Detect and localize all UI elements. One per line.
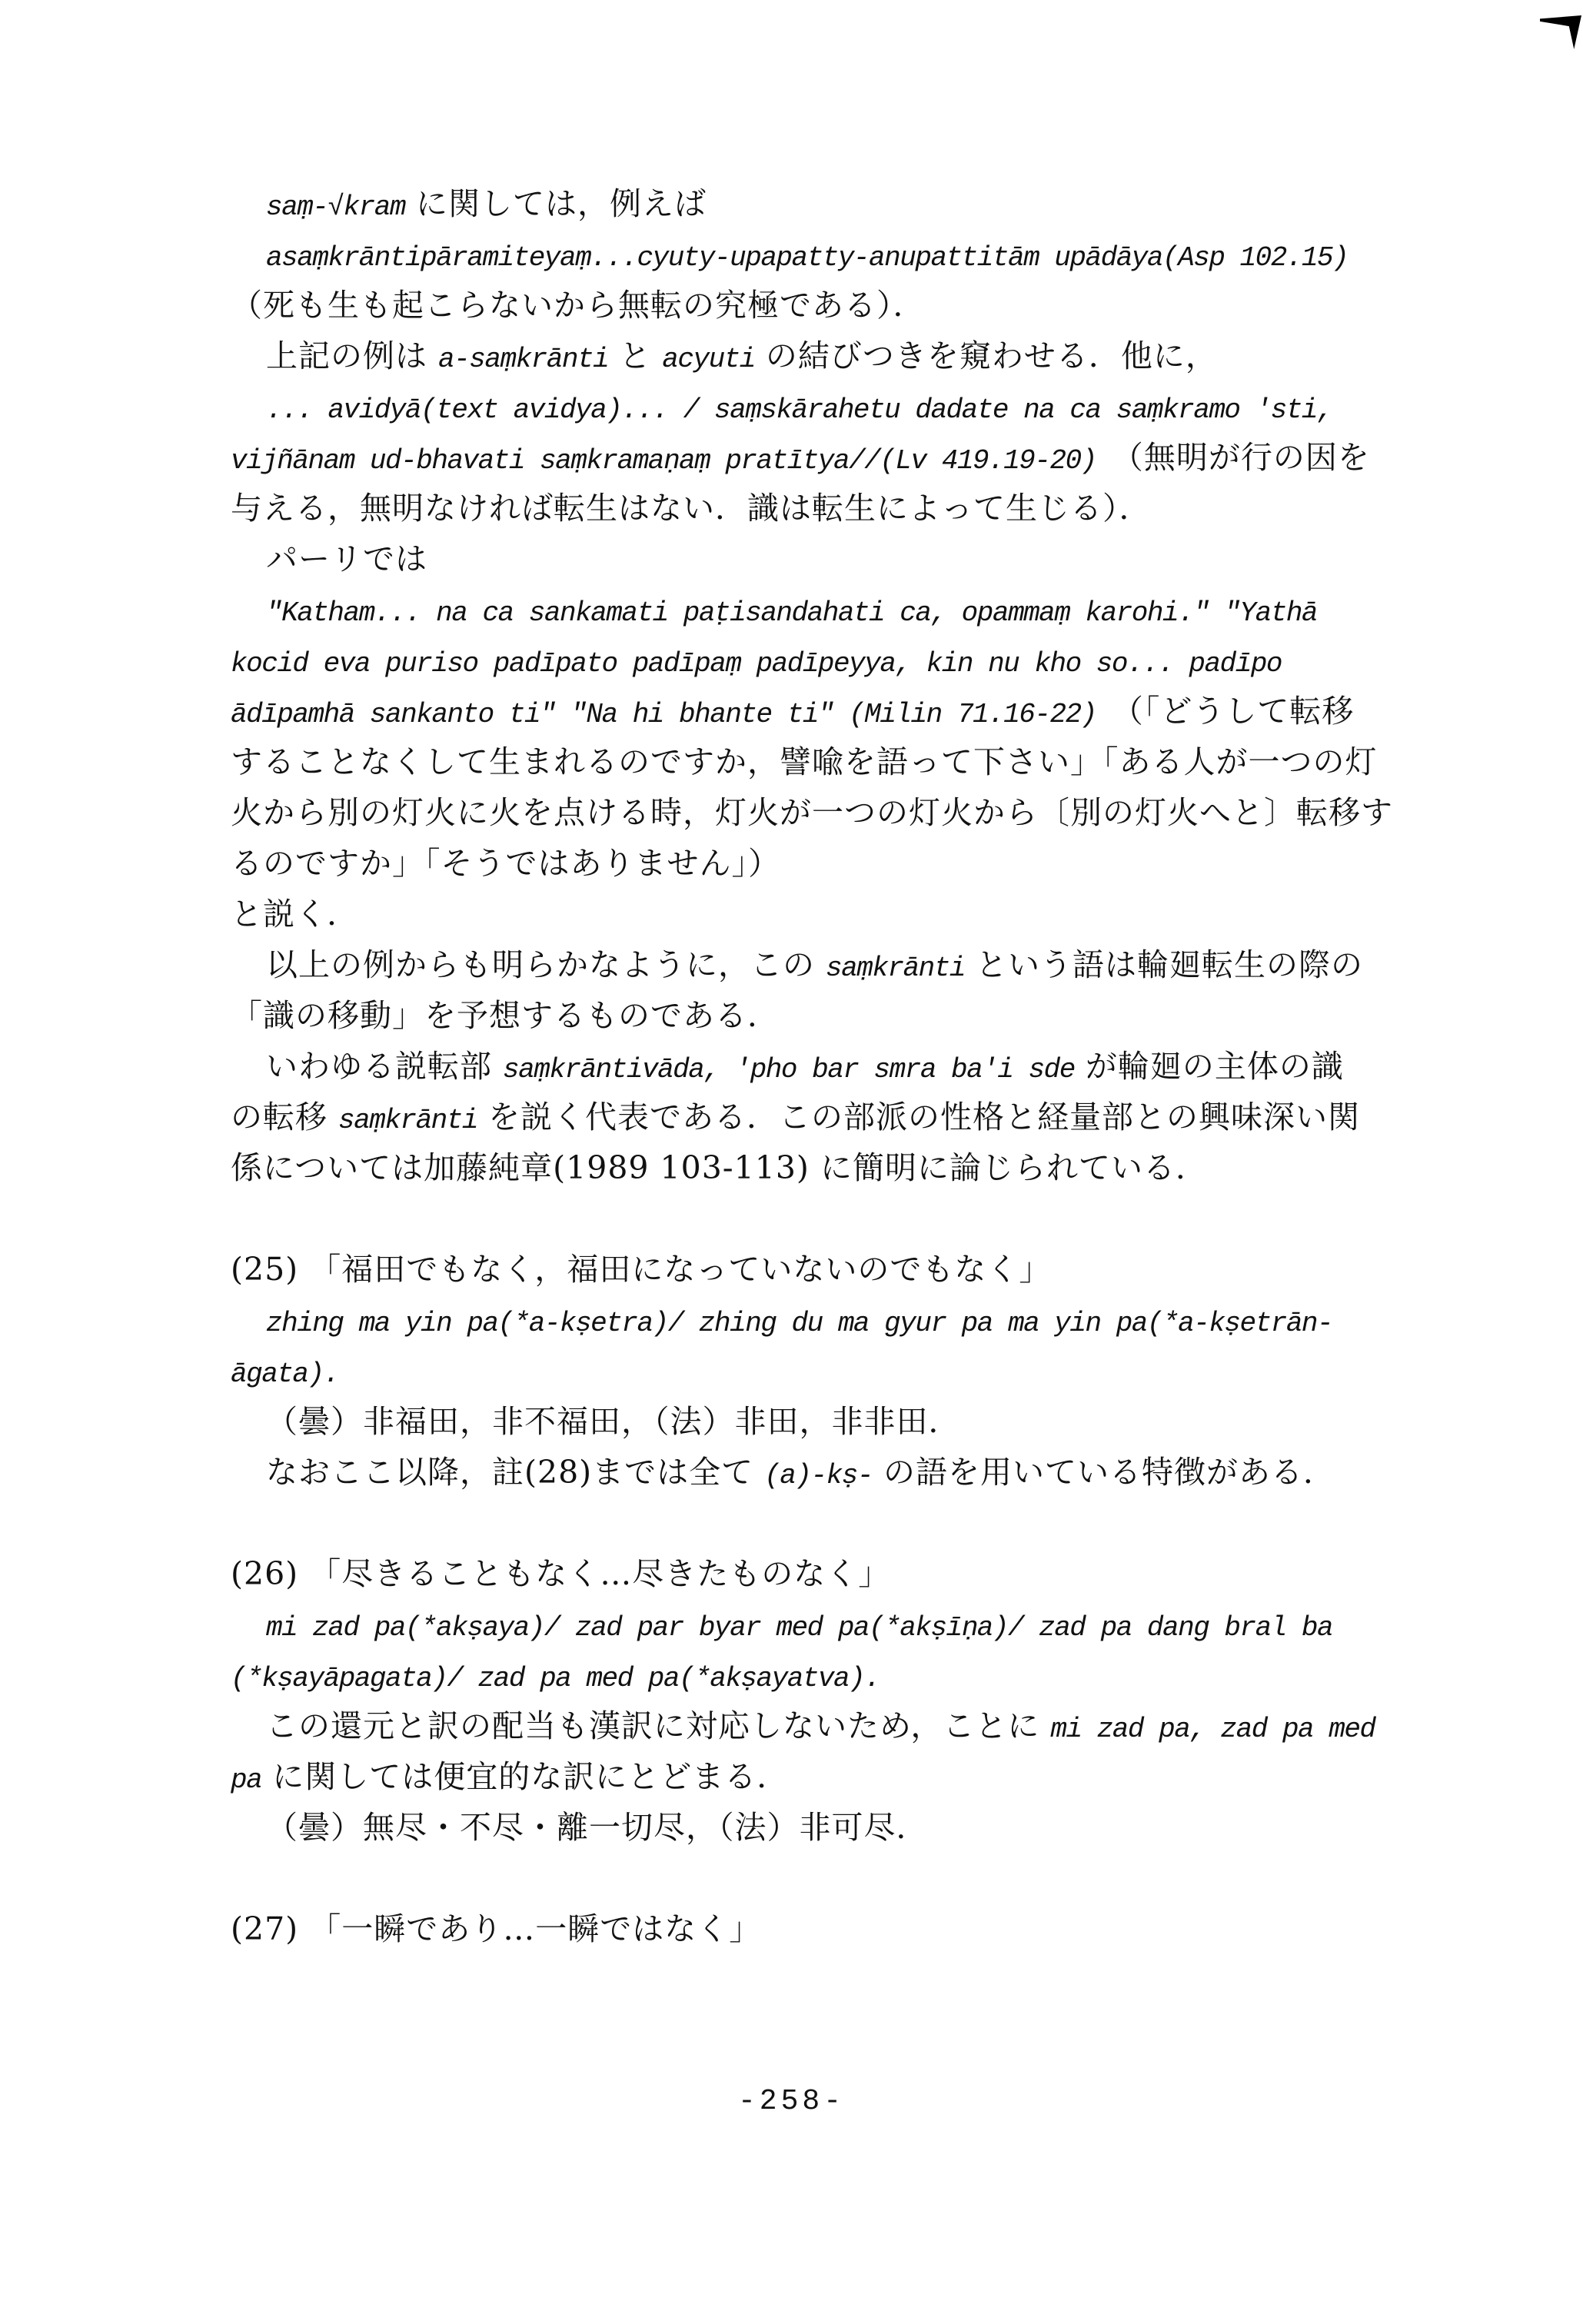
romanized-text: saṃkrāntivāda, 'pho bar smra ba'i sde xyxy=(503,1054,1075,1086)
japanese-text: 以上の例からも明らかなように，この xyxy=(266,946,826,983)
text-line: (27) 「一瞬であり…一瞬ではなく」 xyxy=(231,1903,1430,1954)
document-page: saṃ-√kram に関しては，例えばasaṃkrāntipāramiteyaṃ… xyxy=(0,0,1583,2324)
romanized-text: "Katham... na ca sankamati paṭisandahati… xyxy=(266,597,1317,629)
romanized-text: ... avidyā(text avidya)... / saṃskārahet… xyxy=(266,394,1332,426)
text-line: (*kṣayāpagata)/ zad pa med pa(*akṣayatva… xyxy=(231,1650,1430,1701)
japanese-text: の語を用いている特徴がある． xyxy=(873,1454,1335,1491)
text-line: （曇）無尽・不尽・離一切尽，（法）非可尽． xyxy=(231,1802,1430,1853)
document-body: saṃ-√kram に関しては，例えばasaṃkrāntipāramiteyaṃ… xyxy=(231,178,1430,1954)
romanized-text: kocid eva puriso padīpato padīpaṃ padīpe… xyxy=(231,648,1282,680)
japanese-text: (25) 「福田でもなく，福田になっていないのでもなく」 xyxy=(231,1251,1051,1288)
text-line: パーリでは xyxy=(231,534,1430,584)
text-line: 上記の例は a-saṃkrānti と acyuti の結びつきを窺わせる．他に… xyxy=(231,331,1430,381)
text-line: することなくして生まれるのですか，譬喩を語って下さい」「ある人が一つの灯 xyxy=(231,736,1430,787)
text-line: ... avidyā(text avidya)... / saṃskārahet… xyxy=(231,381,1430,432)
japanese-text: （曇）非福田，非不福田，（法）非田，非非田． xyxy=(266,1403,961,1440)
japanese-text: と説く． xyxy=(231,896,359,933)
text-line: 以上の例からも明らかなように，この saṃkrānti という語は輪廻転生の際の xyxy=(231,939,1430,990)
japanese-text: いわゆる説転部 xyxy=(266,1048,503,1085)
japanese-text: 係については加藤純章(1989 103-113) に簡明に論じられている． xyxy=(231,1149,1208,1186)
romanized-text: acyuti xyxy=(662,344,755,375)
text-line: (26) 「尽きることもなく…尽きたものなく」 xyxy=(231,1548,1430,1599)
romanized-text: (a)-kṣ- xyxy=(764,1460,873,1491)
page-number: -258- xyxy=(0,2085,1583,2118)
romanized-text: mi zad pa, zad pa med xyxy=(1050,1714,1375,1745)
text-line: mi zad pa(*akṣaya)/ zad par byar med pa(… xyxy=(231,1599,1430,1650)
japanese-text: の結びつきを窺わせる．他に， xyxy=(755,337,1218,374)
text-line: と説く． xyxy=(231,889,1430,939)
text-line: pa に関しては便宜的な訳にとどまる． xyxy=(231,1751,1430,1802)
text-line: この還元と訳の配当も漢訳に対応しないため，ことに mi zad pa, zad … xyxy=(231,1701,1430,1751)
text-line: āgata). xyxy=(231,1345,1430,1396)
text-line: (25) 「福田でもなく，福田になっていないのでもなく」 xyxy=(231,1244,1430,1295)
japanese-text: （無明が行の因を xyxy=(1112,439,1370,476)
text-line: ādīpamhā sankanto ti" "Na hi bhante ti" … xyxy=(231,686,1430,736)
japanese-text: に関しては，例えば xyxy=(405,185,707,222)
japanese-text: の転移 xyxy=(231,1099,338,1135)
japanese-text: が輪廻の主体の識 xyxy=(1075,1048,1344,1085)
romanized-text: vijñānam ud-bhavati saṃkramaṇaṃ pratītya… xyxy=(231,445,1112,477)
text-line: vijñānam ud-bhavati saṃkramaṇaṃ pratītya… xyxy=(231,432,1430,483)
japanese-text: （死も生も起こらないから無転の究極である）． xyxy=(231,287,926,324)
romanized-text: asaṃkrāntipāramiteyaṃ...cyuty-upapatty-a… xyxy=(266,242,1348,274)
text-line: kocid eva puriso padīpato padīpaṃ padīpe… xyxy=(231,635,1430,686)
japanese-text: と xyxy=(608,337,662,374)
japanese-text: (26) 「尽きることもなく…尽きたものなく」 xyxy=(231,1555,890,1592)
text-line: の転移 saṃkrānti を説く代表である．この部派の性格と経量部との興味深い… xyxy=(231,1092,1430,1142)
text-line: （曇）非福田，非不福田，（法）非田，非非田． xyxy=(231,1396,1430,1447)
text-line: saṃ-√kram に関しては，例えば xyxy=(231,178,1430,229)
text-line: 「識の移動」を予想するものである． xyxy=(231,990,1430,1041)
text-line: "Katham... na ca sankamati paṭisandahati… xyxy=(231,584,1430,635)
japanese-text: るのですか」「そうではありません」） xyxy=(231,845,780,882)
japanese-text: パーリでは xyxy=(266,540,427,577)
romanized-text: pa xyxy=(231,1764,261,1796)
japanese-text: （「どうして転移 xyxy=(1112,693,1355,730)
romanized-text: āgata). xyxy=(231,1358,339,1390)
japanese-text: することなくして生まれるのですか，譬喩を語って下さい」「ある人が一つの灯 xyxy=(231,743,1378,780)
japanese-text: という語は輪廻転生の際の xyxy=(965,946,1363,983)
text-line: いわゆる説転部 saṃkrāntivāda, 'pho bar smra ba'… xyxy=(231,1041,1430,1092)
japanese-text: 与える，無明なければ転生はない．識は転生によって生じる）． xyxy=(231,490,1152,527)
japanese-text: （曇）無尽・不尽・離一切尽，（法）非可尽． xyxy=(266,1809,929,1846)
romanized-text: saṃkrānti xyxy=(338,1105,477,1136)
japanese-text: 「識の移動」を予想するものである． xyxy=(231,997,780,1034)
text-line: るのですか」「そうではありません」） xyxy=(231,838,1430,889)
japanese-text: 火から別の灯火に火を点ける時，灯火が一つの灯火から〔別の灯火へと〕転移す xyxy=(231,794,1393,831)
romanized-text: zhing ma yin pa(*a-kṣetra)/ zhing du ma … xyxy=(266,1308,1332,1339)
text-line: asaṃkrāntipāramiteyaṃ...cyuty-upapatty-a… xyxy=(231,229,1430,280)
romanized-text: a-saṃkrānti xyxy=(438,344,608,375)
romanized-text: saṃkrānti xyxy=(826,953,965,984)
text-line: zhing ma yin pa(*a-kṣetra)/ zhing du ma … xyxy=(231,1295,1430,1345)
text-line: 与える，無明なければ転生はない．識は転生によって生じる）． xyxy=(231,483,1430,534)
japanese-text: (27) 「一瞬であり…一瞬ではなく」 xyxy=(231,1910,761,1947)
japanese-text: なおここ以降，註(28)までは全て xyxy=(266,1454,764,1491)
text-line: （死も生も起こらないから無転の究極である）． xyxy=(231,280,1430,331)
romanized-text: ādīpamhā sankanto ti" "Na hi bhante ti" … xyxy=(231,699,1112,730)
text-line: なおここ以降，註(28)までは全て (a)-kṣ- の語を用いている特徴がある． xyxy=(231,1447,1430,1498)
romanized-text: mi zad pa(*akṣaya)/ zad par byar med pa(… xyxy=(266,1612,1332,1644)
japanese-text: を説く代表である．この部派の性格と経量部との興味深い関 xyxy=(477,1099,1360,1135)
text-line: 係については加藤純章(1989 103-113) に簡明に論じられている． xyxy=(231,1142,1430,1193)
japanese-text: に関しては便宜的な訳にとどまる． xyxy=(261,1758,789,1795)
romanized-text: saṃ-√kram xyxy=(266,191,405,223)
japanese-text: 上記の例は xyxy=(266,337,438,374)
romanized-text: (*kṣayāpagata)/ zad pa med pa(*akṣayatva… xyxy=(231,1663,880,1694)
scan-corner-mark-icon xyxy=(1540,15,1581,49)
text-line: 火から別の灯火に火を点ける時，灯火が一つの灯火から〔別の灯火へと〕転移す xyxy=(231,787,1430,838)
japanese-text: この還元と訳の配当も漢訳に対応しないため，ことに xyxy=(266,1707,1050,1744)
